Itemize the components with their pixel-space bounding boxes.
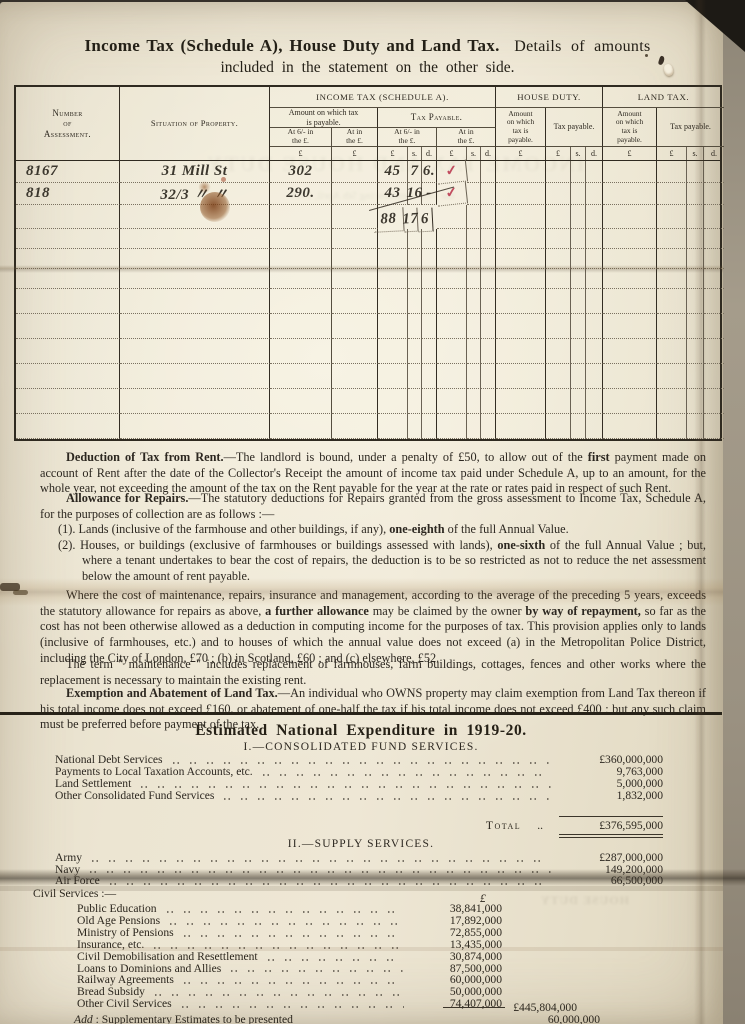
- dot-leader: [268, 959, 404, 961]
- empty-cell: [571, 289, 586, 314]
- unit-pound: £: [496, 147, 546, 160]
- maintenance-text: may be claimed by the owner: [369, 604, 526, 618]
- repairs-item1-text: of the full Annual Value.: [445, 522, 569, 536]
- empty-cell: [467, 205, 481, 229]
- title-main: Income Tax (Schedule A), House Duty and …: [84, 36, 499, 55]
- empty-cell: [687, 364, 704, 389]
- repairs-item2-bold: one-sixth: [497, 538, 545, 552]
- total-dash-rule: [443, 1007, 505, 1008]
- house-duty-group-header: HOUSE DUTY.: [496, 87, 603, 108]
- maintenance-bold: by way of repayment,: [525, 604, 640, 618]
- empty-cell: [481, 249, 496, 269]
- empty-cell: [16, 205, 120, 229]
- repairs-item2-text: (2). Houses, or buildings (exclusive of …: [58, 538, 497, 552]
- empty-cell: [546, 205, 571, 229]
- empty-cell: [437, 269, 467, 289]
- empty-cell: [467, 161, 481, 183]
- empty-cell: [546, 314, 571, 339]
- empty-cell: [332, 289, 378, 314]
- empty-cell: [586, 161, 603, 183]
- house-tax-payable-header: Tax payable.: [546, 108, 603, 147]
- empty-cell: [16, 249, 120, 269]
- add-label: Add : Supplementary Estimates to be pres…: [74, 1013, 293, 1024]
- empty-cell: [408, 339, 422, 364]
- empty-cell: [496, 389, 546, 414]
- unit-s: s.: [408, 147, 422, 160]
- civil-services-label: Civil Services :—: [33, 887, 116, 900]
- empty-cell: [657, 161, 687, 183]
- empty-cell: [586, 183, 603, 205]
- item-value: £287,000,000: [559, 852, 663, 864]
- empty-cell: [704, 414, 724, 439]
- empty-cell: [571, 364, 586, 389]
- empty-cell: [408, 364, 422, 389]
- tax-shillings: 16: [408, 183, 422, 205]
- empty-cell: [378, 389, 408, 414]
- item-value: 1,832,000: [559, 790, 663, 802]
- empty-cell: [332, 205, 378, 229]
- empty-cell: [481, 229, 496, 249]
- empty-cell: [546, 229, 571, 249]
- empty-cell: [120, 229, 270, 249]
- empty-cell: [546, 339, 571, 364]
- empty-cell: [657, 339, 687, 364]
- empty-cell: [657, 205, 687, 229]
- dot-leader: [110, 883, 551, 885]
- empty-cell: [546, 289, 571, 314]
- empty-cell: [481, 414, 496, 439]
- empty-cell: [603, 249, 657, 269]
- income-tax-atblank-header: At in the £.: [437, 128, 496, 147]
- empty-cell: [481, 183, 496, 205]
- empty-cell: [437, 229, 467, 249]
- empty-cell: [16, 289, 120, 314]
- empty-cell: [603, 339, 657, 364]
- list-item: Civil Demobilisation and Resettlement30,…: [77, 951, 502, 963]
- empty-cell: [704, 314, 724, 339]
- section-divider-rule: [0, 712, 722, 715]
- assessment-table: Number of Assessment. Situation of Prope…: [14, 85, 722, 441]
- empty-cell: [586, 229, 603, 249]
- dot-leader: [92, 860, 551, 862]
- unit-pound: £: [378, 147, 408, 160]
- empty-cell: [422, 249, 437, 269]
- empty-cell: [704, 183, 724, 205]
- empty-cell: [120, 205, 270, 229]
- empty-cell: [422, 339, 437, 364]
- empty-cell: [687, 249, 704, 269]
- empty-cell: [467, 249, 481, 269]
- repairs-item1-bold: one-eighth: [389, 522, 444, 536]
- empty-cell: [270, 269, 332, 289]
- tax-pence: -: [422, 183, 437, 205]
- empty-cell: [16, 389, 120, 414]
- empty-cell: [704, 249, 724, 269]
- item-label: Ministry of Pensions: [77, 927, 174, 939]
- empty-cell: [467, 389, 481, 414]
- empty-cell: [481, 364, 496, 389]
- civil-services-list: Public Education38,841,000 Old Age Pensi…: [77, 903, 502, 1010]
- maintenance-paragraph: Where the cost of maintenance, repairs, …: [40, 588, 706, 666]
- list-item: Navy149,200,000: [55, 864, 663, 876]
- empty-cell: [546, 269, 571, 289]
- unit-pound: £: [603, 147, 657, 160]
- dot-leader: [170, 923, 404, 925]
- empty-cell: [603, 364, 657, 389]
- empty-cell: [496, 161, 546, 183]
- empty-cell: [332, 161, 378, 183]
- tax-shillings: 7: [408, 161, 422, 183]
- empty-cell: [571, 414, 586, 439]
- empty-cell: [657, 249, 687, 269]
- table-header: Number of Assessment. Situation of Prope…: [16, 87, 720, 161]
- income-tax-group-header: INCOME TAX (SCHEDULE A).: [270, 87, 496, 108]
- empty-cell: [704, 339, 724, 364]
- empty-cell: [120, 389, 270, 414]
- empty-cell: [378, 314, 408, 339]
- unit-d: d.: [422, 147, 437, 160]
- unit-pound: £: [437, 147, 467, 160]
- assessment-number: 818: [16, 183, 120, 205]
- empty-cell: [332, 339, 378, 364]
- empty-cell: [603, 414, 657, 439]
- empty-cell: [437, 339, 467, 364]
- empty-cell: [657, 289, 687, 314]
- total-dots: ..: [537, 819, 543, 832]
- dot-leader: [184, 982, 404, 984]
- empty-cell: [657, 183, 687, 205]
- empty-cell: [687, 289, 704, 314]
- empty-cell: [657, 269, 687, 289]
- empty-cell: [437, 289, 467, 314]
- empty-cell: [120, 314, 270, 339]
- consolidated-fund-heading: I.—CONSOLIDATED FUND SERVICES.: [0, 741, 722, 753]
- empty-cell: [657, 314, 687, 339]
- empty-cell: [603, 183, 657, 205]
- table-body: 8167 31 Mill St 302 45 7 6. ✓ 818 32/3 〃…: [16, 161, 720, 439]
- unit-s: s.: [467, 147, 481, 160]
- empty-cell: [378, 269, 408, 289]
- empty-cell: [270, 289, 332, 314]
- empty-cell: [571, 183, 586, 205]
- dot-leader: [167, 911, 404, 913]
- empty-cell: [571, 269, 586, 289]
- empty-cell: [546, 161, 571, 183]
- dot-leader: [141, 786, 551, 788]
- empty-cell: [378, 364, 408, 389]
- empty-cell: [408, 289, 422, 314]
- empty-cell: [16, 364, 120, 389]
- empty-cell: [332, 364, 378, 389]
- col-situation-header: Situation of Property.: [120, 87, 270, 160]
- empty-cell: [16, 269, 120, 289]
- total-shillings: 17: [403, 208, 418, 233]
- maintenance-bold: a further allowance: [265, 604, 369, 618]
- amount-value: 290.: [270, 183, 332, 205]
- tax-pounds: 43: [378, 183, 408, 205]
- empty-cell: [437, 249, 467, 269]
- red-checkmark-icon: ✓: [436, 181, 468, 206]
- empty-cell: [467, 314, 481, 339]
- empty-cell: [332, 249, 378, 269]
- empty-cell: [603, 269, 657, 289]
- unit-d: d.: [586, 147, 603, 160]
- unit-pound: £: [332, 147, 378, 160]
- total-label: Total: [486, 819, 521, 832]
- empty-cell: [408, 314, 422, 339]
- empty-cell: [16, 414, 120, 439]
- unit-pound: £: [657, 147, 687, 160]
- income-amount-at6-header: At 6/- in the £.: [270, 128, 332, 147]
- empty-cell: [120, 414, 270, 439]
- item-label: Insurance, etc.: [77, 939, 144, 951]
- empty-cell: [270, 339, 332, 364]
- empty-cell: [437, 314, 467, 339]
- empty-cell: [467, 229, 481, 249]
- empty-cell: [422, 289, 437, 314]
- empty-cell: [467, 289, 481, 314]
- empty-cell: [467, 364, 481, 389]
- empty-cell: [16, 314, 120, 339]
- empty-cell: [120, 269, 270, 289]
- empty-cell: [496, 339, 546, 364]
- empty-cell: [546, 414, 571, 439]
- total-pounds: 88: [373, 207, 404, 233]
- empty-cell: [603, 389, 657, 414]
- empty-cell: [467, 183, 481, 205]
- total-value: £376,595,000: [559, 816, 663, 838]
- empty-cell: [546, 364, 571, 389]
- empty-cell: [422, 314, 437, 339]
- income-amount-atblank-header: At in the £.: [332, 128, 378, 147]
- empty-cell: [603, 229, 657, 249]
- empty-cell: [586, 289, 603, 314]
- empty-cell: [704, 229, 724, 249]
- empty-cell: [546, 249, 571, 269]
- empty-cell: [481, 161, 496, 183]
- empty-cell: [270, 249, 332, 269]
- empty-cell: [120, 289, 270, 314]
- unit-s: s.: [687, 147, 704, 160]
- empty-cell: [586, 249, 603, 269]
- dot-leader: [263, 774, 551, 776]
- property-situation: 31 Mill St: [120, 161, 270, 183]
- empty-cell: [270, 205, 332, 229]
- item-label: Air Force: [55, 875, 100, 887]
- empty-cell: [571, 314, 586, 339]
- empty-cell: [408, 414, 422, 439]
- item-label: Army: [55, 852, 82, 864]
- dot-leader: [90, 871, 551, 873]
- income-tax-payable-header: Tax Payable.: [378, 108, 496, 128]
- empty-cell: [546, 389, 571, 414]
- empty-cell: [332, 183, 378, 205]
- empty-cell: [422, 414, 437, 439]
- unit-pound: £: [546, 147, 571, 160]
- empty-cell: [657, 414, 687, 439]
- empty-cell: [467, 269, 481, 289]
- empty-cell: [657, 389, 687, 414]
- empty-cell: [16, 339, 120, 364]
- empty-cell: [378, 339, 408, 364]
- consolidated-total-row: Total .. £376,595,000: [55, 816, 663, 838]
- empty-cell: [467, 339, 481, 364]
- empty-cell: [704, 161, 724, 183]
- unit-d: d.: [481, 147, 496, 160]
- empty-cell: [332, 314, 378, 339]
- dot-leader: [155, 994, 404, 996]
- list-item: Payments to Local Taxation Accounts, etc…: [55, 766, 663, 778]
- empty-cell: [496, 289, 546, 314]
- empty-cell: [378, 249, 408, 269]
- income-tax-at6-header: At 6/- in the £.: [378, 128, 437, 147]
- empty-cell: [586, 205, 603, 229]
- empty-cell: [437, 364, 467, 389]
- empty-cell: [496, 183, 546, 205]
- list-item: Army£287,000,000: [55, 852, 663, 864]
- dot-leader: [184, 935, 404, 937]
- empty-cell: [481, 314, 496, 339]
- dot-leader: [154, 947, 404, 949]
- dot-leader: [224, 798, 551, 800]
- empty-cell: [687, 229, 704, 249]
- empty-cell: [16, 229, 120, 249]
- land-amount-header: Amount on which tax is payable.: [603, 108, 657, 147]
- add-rest: : Supplementary Estimates to be presente…: [93, 1013, 293, 1024]
- empty-cell: [332, 229, 378, 249]
- empty-cell: [496, 269, 546, 289]
- dot-leader: [173, 762, 551, 764]
- col-number-header: Number of Assessment.: [16, 87, 120, 160]
- empty-cell: [481, 389, 496, 414]
- empty-cell: [481, 289, 496, 314]
- empty-cell: [496, 205, 546, 229]
- empty-cell: [270, 389, 332, 414]
- empty-cell: [120, 364, 270, 389]
- empty-cell: [422, 269, 437, 289]
- empty-cell: [496, 414, 546, 439]
- empty-cell: [586, 314, 603, 339]
- dot-leader: [231, 970, 404, 972]
- empty-cell: [687, 269, 704, 289]
- empty-cell: [571, 389, 586, 414]
- empty-cell: [120, 249, 270, 269]
- house-amount-header: Amount on which tax is payable.: [496, 108, 546, 147]
- supplementary-estimates-row: Add : Supplementary Estimates to be pres…: [74, 1013, 600, 1024]
- empty-cell: [481, 205, 496, 229]
- consolidated-fund-list: National Debt Services£360,000,000 Payme…: [55, 754, 663, 802]
- item-label: Other Consolidated Fund Services: [55, 790, 214, 802]
- term-paragraph: The term " maintenance " includes replac…: [40, 657, 706, 688]
- list-item: Air Force66,500,000: [55, 875, 663, 887]
- property-situation: 32/3 〃 〃: [120, 183, 270, 205]
- empty-cell: [496, 249, 546, 269]
- empty-cell: [120, 339, 270, 364]
- empty-cell: [270, 414, 332, 439]
- empty-cell: [603, 161, 657, 183]
- empty-cell: [657, 364, 687, 389]
- list-item: Ministry of Pensions72,855,000: [77, 927, 502, 939]
- empty-cell: [422, 389, 437, 414]
- tax-pounds: 45: [378, 161, 408, 183]
- add-italic: Add: [74, 1013, 93, 1024]
- supply-services-list: Army£287,000,000 Navy149,200,000 Air For…: [55, 852, 663, 887]
- scanned-document: INCOME TAX AND HOUSE DUTY the year comme…: [0, 0, 745, 1024]
- supply-services-heading: II.—SUPPLY SERVICES.: [0, 838, 722, 850]
- total-pence: 6: [417, 208, 433, 233]
- empty-cell: [437, 389, 467, 414]
- empty-cell: [408, 249, 422, 269]
- empty-cell: [571, 229, 586, 249]
- empty-cell: [657, 229, 687, 249]
- page-title: Income Tax (Schedule A), House Duty and …: [55, 36, 680, 77]
- unit-pound: £: [270, 147, 332, 160]
- empty-cell: [586, 364, 603, 389]
- empty-cell: [437, 414, 467, 439]
- deduction-bold: first: [588, 450, 610, 464]
- empty-cell: [378, 289, 408, 314]
- land-tax-payable-header: Tax payable.: [657, 108, 724, 147]
- empty-cell: [422, 364, 437, 389]
- empty-cell: [704, 389, 724, 414]
- empty-cell: [571, 249, 586, 269]
- empty-cell: [546, 183, 571, 205]
- income-amount-header: Amount on which tax is payable.: [270, 108, 378, 128]
- unit-d: d.: [704, 147, 724, 160]
- title-line2: included in the statement on the other s…: [55, 59, 680, 77]
- empty-cell: [332, 389, 378, 414]
- empty-cell: [481, 269, 496, 289]
- empty-cell: [687, 183, 704, 205]
- empty-cell: [378, 414, 408, 439]
- exemption-lead: Exemption and Abatement of Land Tax.: [66, 686, 278, 700]
- empty-cell: [704, 289, 724, 314]
- list-item: Insurance, etc.13,435,000: [77, 939, 502, 951]
- item-value: 66,500,000: [559, 875, 663, 887]
- title-detail: Details of amounts: [506, 38, 650, 55]
- empty-cell: [332, 414, 378, 439]
- empty-cell: [571, 339, 586, 364]
- empty-cell: [603, 289, 657, 314]
- empty-cell: [496, 229, 546, 249]
- item-value: 13,435,000: [412, 939, 502, 951]
- empty-cell: [687, 161, 704, 183]
- empty-cell: [332, 269, 378, 289]
- land-tax-group-header: LAND TAX.: [603, 87, 724, 108]
- repairs-item-1: (1). Lands (inclusive of the farmhouse a…: [82, 522, 706, 538]
- empty-cell: [704, 364, 724, 389]
- empty-cell: [687, 205, 704, 229]
- empty-cell: [270, 229, 332, 249]
- empty-cell: [496, 314, 546, 339]
- empty-cell: [704, 205, 724, 229]
- empty-cell: [586, 414, 603, 439]
- empty-cell: [270, 364, 332, 389]
- empty-cell: [687, 389, 704, 414]
- item-value: 30,874,000: [412, 951, 502, 963]
- list-item: Other Consolidated Fund Services1,832,00…: [55, 790, 663, 802]
- empty-cell: [586, 269, 603, 289]
- empty-cell: [687, 414, 704, 439]
- empty-cell: [704, 269, 724, 289]
- empty-cell: [496, 364, 546, 389]
- empty-cell: [571, 205, 586, 229]
- empty-cell: [603, 314, 657, 339]
- empty-cell: [603, 205, 657, 229]
- deduction-text: —The landlord is bound, under a penalty …: [224, 450, 588, 464]
- empty-cell: [586, 389, 603, 414]
- empty-cell: [270, 314, 332, 339]
